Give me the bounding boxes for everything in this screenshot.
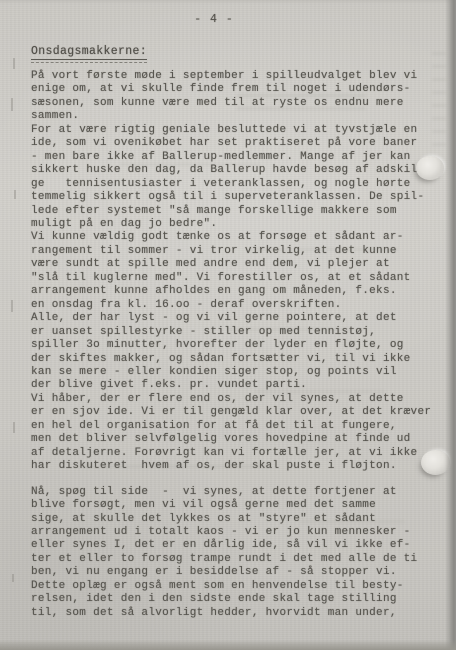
- text-line: er uanset spillestyrke - stiller op med …: [31, 326, 446, 339]
- margin-mark: [13, 422, 15, 433]
- text-line: ide, som vi ovenikøbet har set praktiser…: [31, 137, 446, 150]
- scanned-document-page: - 4 - Onsdagsmakkerne: På vort første mø…: [0, 0, 456, 650]
- text-line: arrangement ud i totalt kaos - vi er jo …: [31, 526, 446, 539]
- text-line: ge tennisentusiaster i veteranklassen, o…: [31, 178, 446, 191]
- text-line: eller synes I, det er en dårlig ide, så …: [31, 539, 446, 552]
- text-line: Dette oplæg er også ment som en henvende…: [31, 580, 446, 593]
- paragraph: Nå, spøg til side - vi synes, at dette f…: [31, 486, 446, 621]
- margin-mark: [13, 58, 15, 69]
- text-line: til, som det så alvorligt hedder, hvorvi…: [31, 607, 446, 620]
- text-line: Alle, der har lyst - og vi vil gerne poi…: [31, 312, 446, 325]
- text-line: af detaljerne. Forøvrigt kan vi fortælle…: [31, 447, 446, 460]
- text-line: På vort første møde i september i spille…: [31, 70, 446, 83]
- text-line: muligt på en dag jo bedre".: [31, 218, 446, 231]
- text-line: Vi kunne vældig godt tænke os at forsøge…: [31, 231, 446, 244]
- text-line: lede efter systemet "så mange forskellig…: [31, 205, 446, 218]
- text-line: blive forsøgt, men vi vil også gerne med…: [31, 499, 446, 512]
- text-line: spiller 3o minutter, hvorefter der lyder…: [31, 339, 446, 352]
- text-line: ter et eller to forsøg trampe rundt i de…: [31, 553, 446, 566]
- text-line: være sundt at spille med andre end dem, …: [31, 258, 446, 271]
- margin-mark: [11, 300, 13, 312]
- body-text: På vort første møde i september i spille…: [31, 70, 446, 620]
- text-line: men det bliver selvfølgelig vores hovedp…: [31, 433, 446, 446]
- text-line: "slå til kuglerne med". Vi forestiller o…: [31, 272, 446, 285]
- text-line: - men bare ikke af Ballerup-medlemmer. M…: [31, 151, 446, 164]
- margin-mark: [14, 190, 16, 199]
- scan-edge-right: [445, 0, 456, 650]
- text-line: er en sjov ide. Vi er til gengæld klar o…: [31, 406, 446, 419]
- paper-bump-artifact: [416, 156, 444, 180]
- text-line: ben, vi nu engang er i besiddelse af - s…: [31, 566, 446, 579]
- scan-edge-top: [0, 0, 456, 4]
- paragraph: Vi kunne vældig godt tænke os at forsøge…: [31, 231, 446, 312]
- text-line: sige, at skulle det lykkes os at "styre"…: [31, 513, 446, 526]
- margin-mark: [12, 574, 14, 582]
- text-line: der skiftes makker, og sådan fortsætter …: [31, 353, 446, 366]
- text-line: enige om, at vi skulle finde frem til no…: [31, 83, 446, 96]
- text-line: Vi håber, der er flere end os, der vil s…: [31, 393, 446, 406]
- paragraph: Alle, der har lyst - og vi vil gerne poi…: [31, 312, 446, 393]
- page-number: - 4 -: [0, 13, 442, 26]
- paragraph: For at være rigtig geniale besluttede vi…: [31, 124, 446, 232]
- text-line: Nå, spøg til side - vi synes, at dette f…: [31, 486, 446, 499]
- text-line: rangement til sommer - vi tror virkelig,…: [31, 245, 446, 258]
- paragraph: Vi håber, der er flere end os, der vil s…: [31, 393, 446, 474]
- text-line: temmelig sikkert også til i superveteran…: [31, 191, 446, 204]
- section-heading: Onsdagsmakkerne:: [31, 41, 147, 63]
- paragraph: På vort første møde i september i spille…: [31, 70, 446, 124]
- text-line: arrangement kunne afholdes en gang om må…: [31, 285, 446, 298]
- text-line: har diskuteret hvem af os, der skal pust…: [31, 460, 446, 473]
- text-line: en onsdag fra kl. 16.oo - deraf overskri…: [31, 299, 446, 312]
- text-line: kan se mere - eller kondien siger stop, …: [31, 366, 446, 379]
- text-line: en hel del organisation for at få det ti…: [31, 420, 446, 433]
- text-line: For at være rigtig geniale besluttede vi…: [31, 124, 446, 137]
- text-line: der blive givet f.eks. pr. vundet parti.: [31, 379, 446, 392]
- text-line: sæsonen, som kunne være med til at ryste…: [31, 97, 446, 110]
- scan-edge-bottom: [0, 640, 456, 650]
- section-heading-text: Onsdagsmakkerne:: [31, 45, 147, 60]
- text-line: relsen, idet den i den sidste ende skal …: [31, 593, 446, 606]
- text-line: sammen.: [31, 110, 446, 123]
- text-line: sikkert huske den dag, da Ballerup havde…: [31, 164, 446, 177]
- margin-mark: [11, 98, 13, 111]
